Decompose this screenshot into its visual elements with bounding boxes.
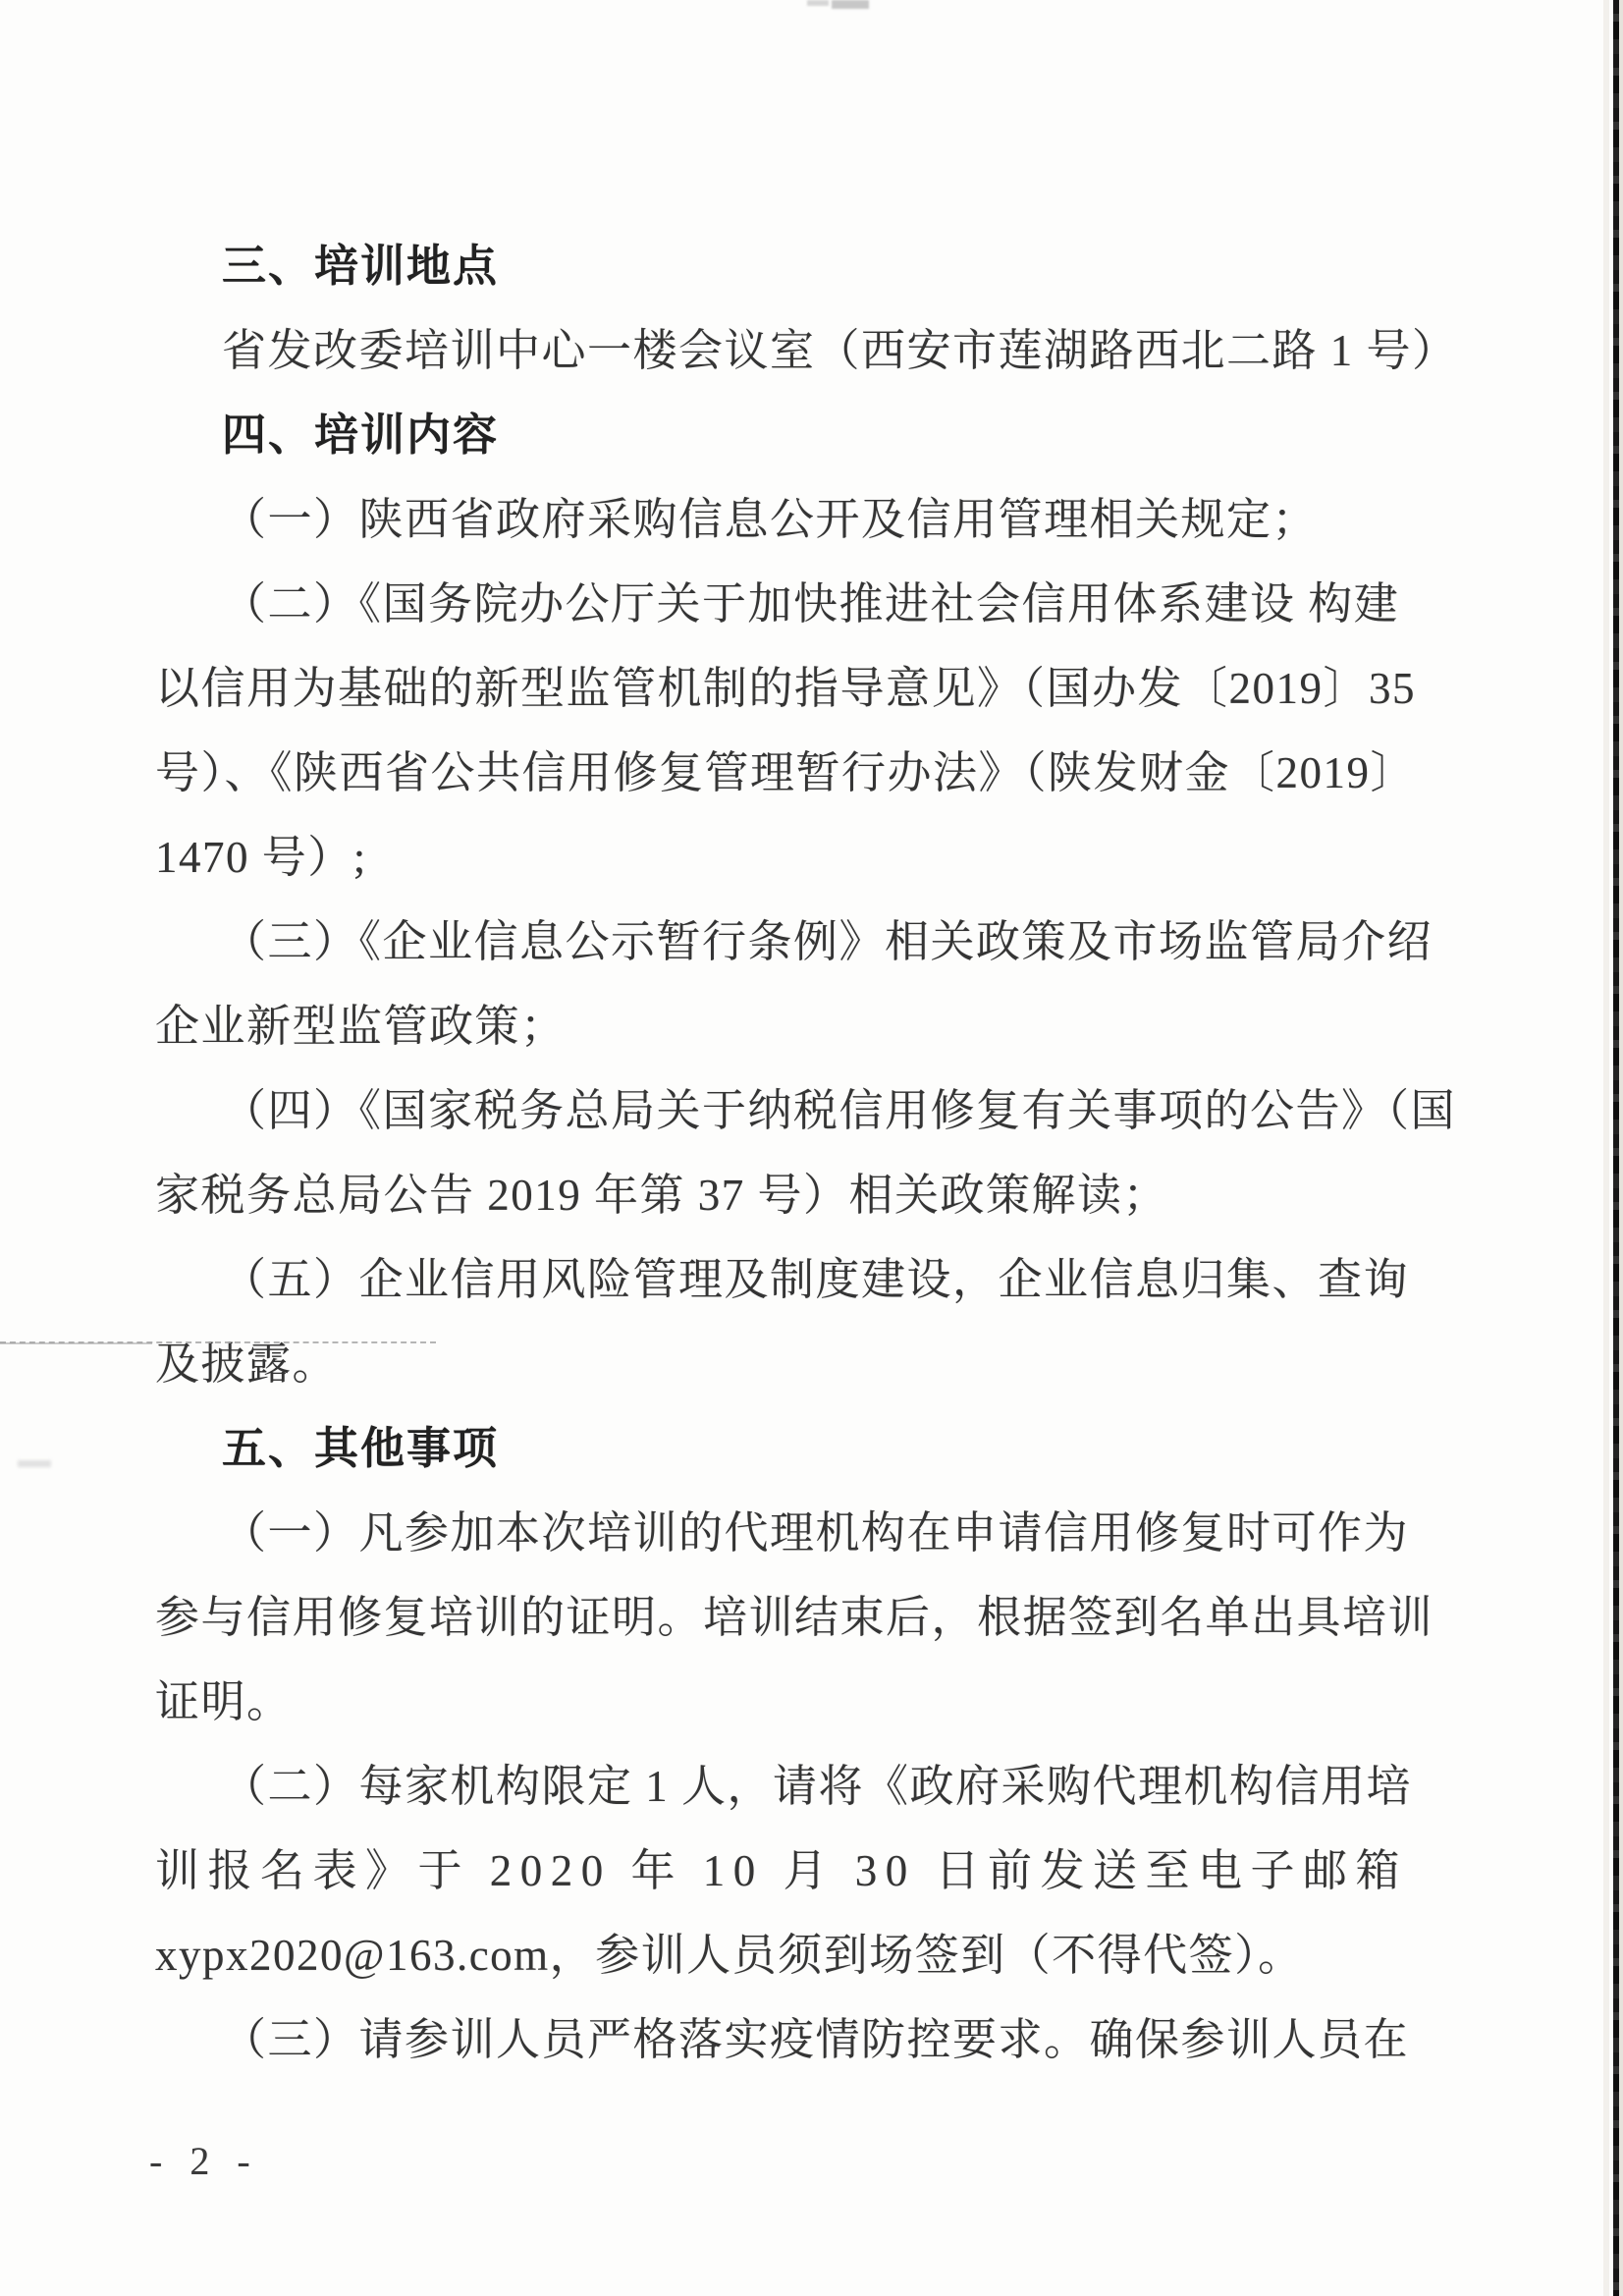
line-content-item-2b: 以信用为基础的新型监管机制的指导意见》（国办发〔2019〕35 [155,641,1451,726]
scan-dashed-line-artifact-dark [0,1342,152,1344]
heading-other-matters: 五、其他事项 [155,1401,1451,1486]
line-content-item-4b: 家税务总局公告 2019 年第 37 号）相关政策解读； [155,1148,1451,1232]
scanned-document-page: 三、培训地点 省发改委培训中心一楼会议室（西安市莲湖路西北二路 1 号） 四、培… [0,0,1623,2296]
scan-edge-pre-strip [1603,0,1609,2296]
line-content-item-5a: （五）企业信用风险管理及制度建设，企业信息归集、查询 [155,1232,1451,1317]
scan-edge-outer-strip [1619,0,1623,2296]
page-number: - 2 - [149,2133,259,2188]
line-content-item-4a: （四）《国家税务总局关于纳税信用修复有关事项的公告》（国 [155,1064,1451,1148]
line-other-item-3: （三）请参训人员严格落实疫情防控要求。确保参训人员在 [155,1993,1451,2077]
line-content-item-1: （一）陕西省政府采购信息公开及信用管理相关规定； [155,472,1451,557]
scan-smudge-top-right [832,0,869,9]
line-other-item-2a: （二）每家机构限定 1 人，请将《政府采购代理机构信用培 [155,1739,1451,1824]
heading-training-content: 四、培训内容 [155,388,1451,472]
line-content-item-3a: （三）《企业信息公示暂行条例》相关政策及市场监管局介绍 [155,895,1451,979]
heading-training-location: 三、培训地点 [155,219,1451,303]
line-content-item-2a: （二）《国务院办公厅关于加快推进社会信用体系建设 构建 [155,557,1451,641]
line-content-item-3b: 企业新型监管政策； [155,979,1451,1064]
line-training-location-address: 省发改委培训中心一楼会议室（西安市莲湖路西北二路 1 号） [155,303,1451,388]
document-body: 三、培训地点 省发改委培训中心一楼会议室（西安市莲湖路西北二路 1 号） 四、培… [155,219,1451,2077]
line-content-item-2c: 号）、《陕西省公共信用修复管理暂行办法》（陕发财金〔2019〕 [155,726,1451,810]
line-content-item-2d: 1470 号）; [155,810,1451,895]
line-other-item-1b: 参与信用修复培训的证明。培训结束后，根据签到名单出具培训 [155,1570,1451,1655]
line-other-item-1c: 证明。 [155,1655,1451,1739]
scan-smudge-top-left [807,0,829,6]
line-other-item-2c-email: xypx2020@163.com，参训人员须到场签到（不得代签）。 [155,1908,1451,1993]
line-content-item-5b: 及披露。 [155,1317,1451,1401]
line-other-item-1a: （一）凡参加本次培训的代理机构在申请信用修复时可作为 [155,1486,1451,1570]
line-other-item-2b: 训报名表》于 2020 年 10 月 30 日前发送至电子邮箱 [155,1824,1451,1908]
scan-smudge-left-margin [18,1460,51,1467]
